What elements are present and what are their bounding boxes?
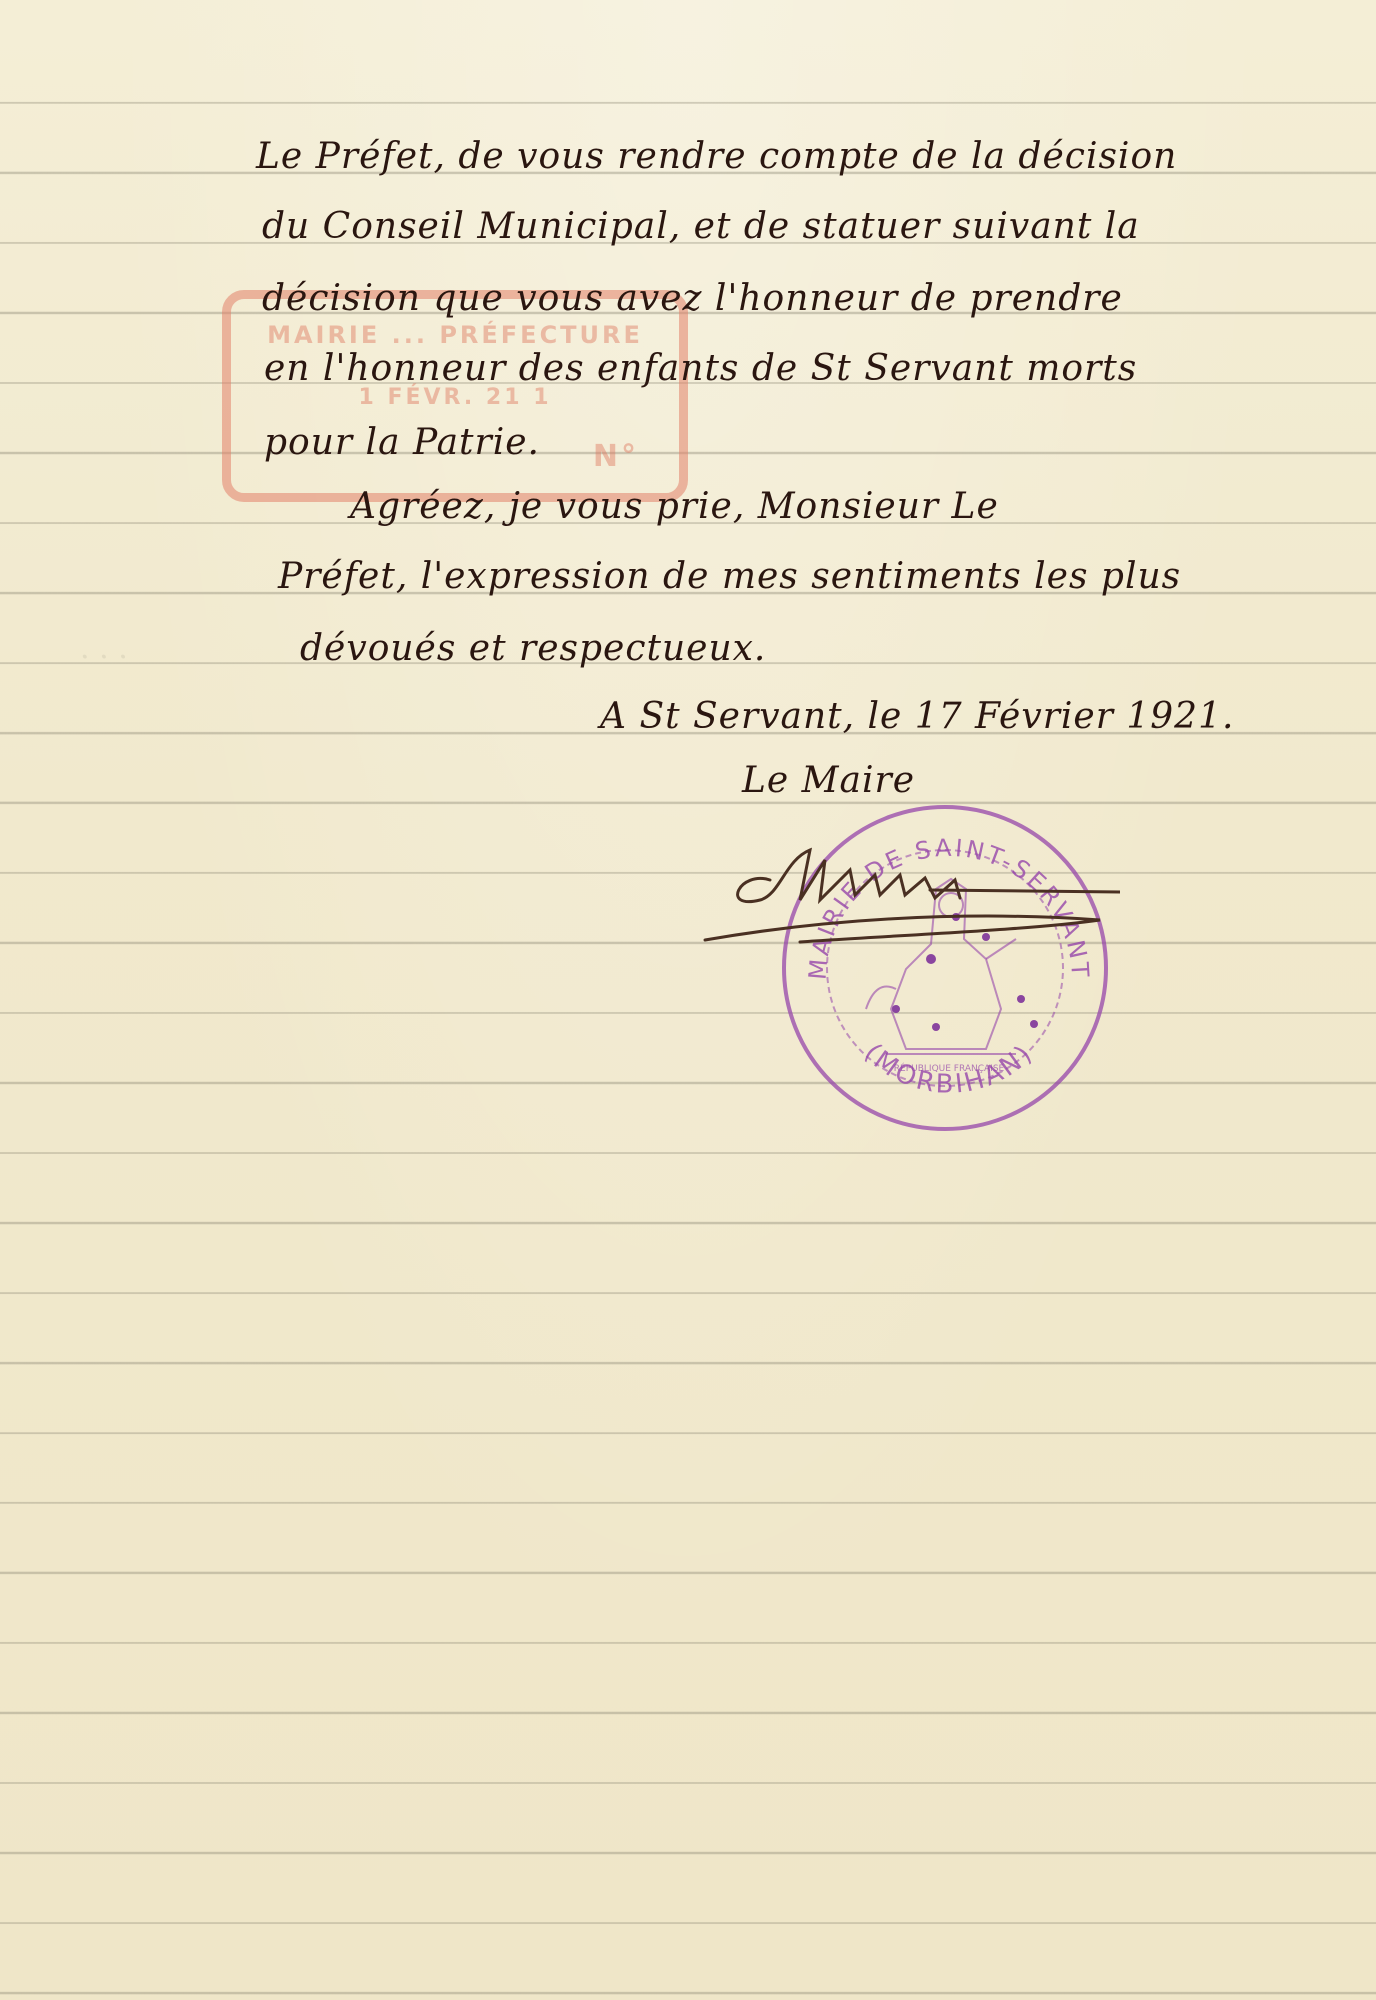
body-line-3: décision que vous avez l'honneur de pren…: [262, 278, 1123, 319]
letter-body: Le Préfet, de vous rendre compte de la d…: [0, 0, 1376, 2000]
body-line-6: Agréez, je vous prie, Monsieur Le: [350, 486, 999, 527]
body-line-7: Préfet, l'expression de mes sentiments l…: [278, 556, 1181, 597]
body-line-8: dévoués et respectueux.: [300, 628, 766, 669]
body-line-4: en l'honneur des enfants de St Servant m…: [264, 348, 1137, 389]
mayor-signature: [700, 830, 1120, 950]
date-line: A St Servant, le 17 Février 1921.: [600, 696, 1234, 737]
body-line-1: Le Préfet, de vous rendre compte de la d…: [256, 136, 1177, 177]
body-line-2: du Conseil Municipal, et de statuer suiv…: [262, 206, 1140, 247]
body-line-5: pour la Patrie.: [264, 422, 540, 463]
closing-title: Le Maire: [742, 760, 915, 801]
seal-inner-caption: RÉPUBLIQUE FRANÇAISE: [894, 1062, 1005, 1074]
